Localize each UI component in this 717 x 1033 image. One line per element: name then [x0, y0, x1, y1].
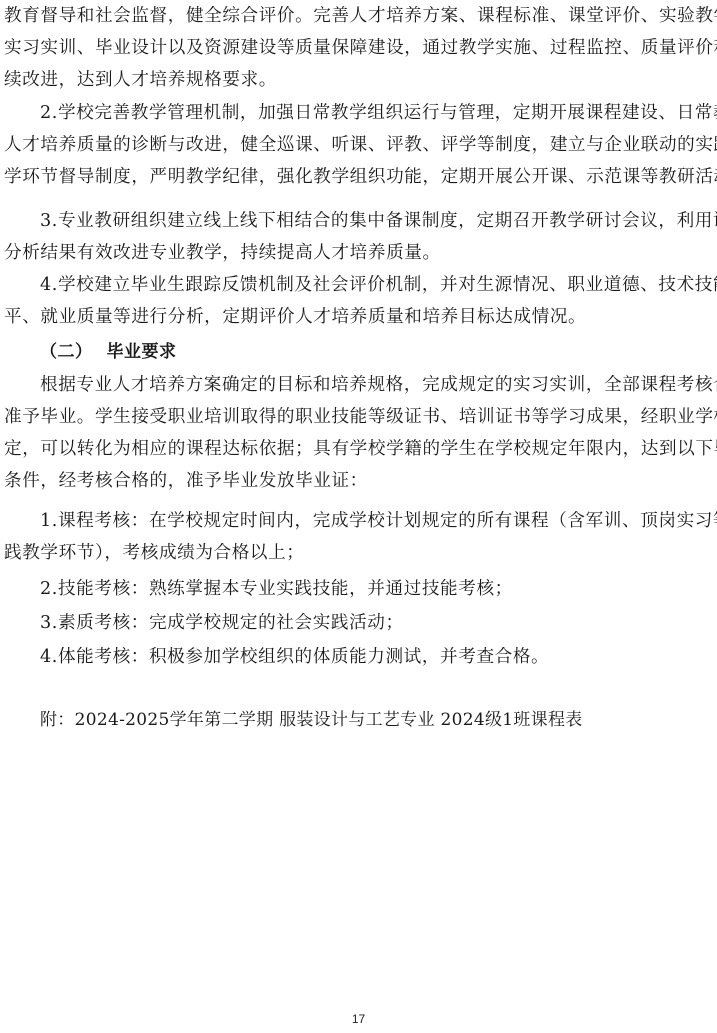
paragraph-2-line-2: 人才培养质量的诊断与改进，健全巡课、听课、评教、评学等制度，建立与企业联动的实践… — [4, 133, 709, 157]
paragraph-2-line-1: 2.学校完善教学管理机制，加强日常教学组织运行与管理，定期开展课程建设、日常教学… — [40, 101, 709, 125]
requirement-3: 3.素质考核：完成学校规定的社会实践活动； — [40, 611, 709, 635]
requirement-1-line-2: 践教学环节），考核成绩为合格以上； — [4, 541, 709, 565]
paragraph-4-line-2: 平、就业质量等进行分析，定期评价人才培养质量和培养目标达成情况。 — [4, 305, 709, 329]
requirement-4: 4.体能考核：积极参加学校组织的体质能力测试，并考查合格。 — [40, 645, 709, 669]
graduation-intro-line-3: 定，可以转化为相应的课程达标依据；具有学校学籍的学生在学校规定年限内，达到以下毕… — [4, 437, 709, 461]
section-heading: （二）毕业要求 — [40, 340, 177, 364]
document-page: 教育督导和社会监督，健全综合评价。完善人才培养方案、课程标准、课堂评价、实验教学… — [0, 0, 717, 1033]
paragraph-intro-line-2: 实习实训、毕业设计以及资源建设等质量保障建设，通过教学实施、过程监控、质量评价和… — [4, 36, 709, 60]
paragraph-2-line-3: 学环节督导制度，严明教学纪律，强化教学组织功能，定期开展公开课、示范课等教研活动… — [4, 165, 709, 189]
paragraph-intro-line-1: 教育督导和社会监督，健全综合评价。完善人才培养方案、课程标准、课堂评价、实验教学… — [4, 4, 709, 28]
page-number: 17 — [0, 1012, 717, 1026]
requirement-1-line-1: 1.课程考核：在学校规定时间内，完成学校计划规定的所有课程（含军训、顶岗实习等实 — [40, 509, 709, 533]
attachment-note: 附：2024-2025学年第二学期 服装设计与工艺专业 2024级1班课程表 — [40, 708, 583, 732]
paragraph-intro-line-3: 续改进，达到人才培养规格要求。 — [4, 68, 709, 92]
paragraph-3-line-2: 分析结果有效改进专业教学，持续提高人才培养质量。 — [4, 241, 709, 265]
section-heading-number: （二） — [40, 342, 93, 362]
requirement-2: 2.技能考核：熟练掌握本专业实践技能，并通过技能考核； — [40, 577, 709, 601]
section-heading-title: 毕业要求 — [107, 342, 177, 362]
graduation-intro-line-1: 根据专业人才培养方案确定的目标和培养规格，完成规定的实习实训，全部课程考核合格， — [40, 373, 709, 397]
paragraph-3-line-1: 3.专业教研组织建立线上线下相结合的集中备课制度，定期召开教学研讨会议，利用评价 — [40, 209, 709, 233]
paragraph-4-line-1: 4.学校建立毕业生跟踪反馈机制及社会评价机制，并对生源情况、职业道德、技术技能水 — [40, 273, 709, 297]
graduation-intro-line-4: 条件，经考核合格的，准予毕业发放毕业证： — [4, 469, 709, 493]
graduation-intro-line-2: 准予毕业。学生接受职业培训取得的职业技能等级证书、培训证书等学习成果，经职业学校… — [4, 405, 709, 429]
